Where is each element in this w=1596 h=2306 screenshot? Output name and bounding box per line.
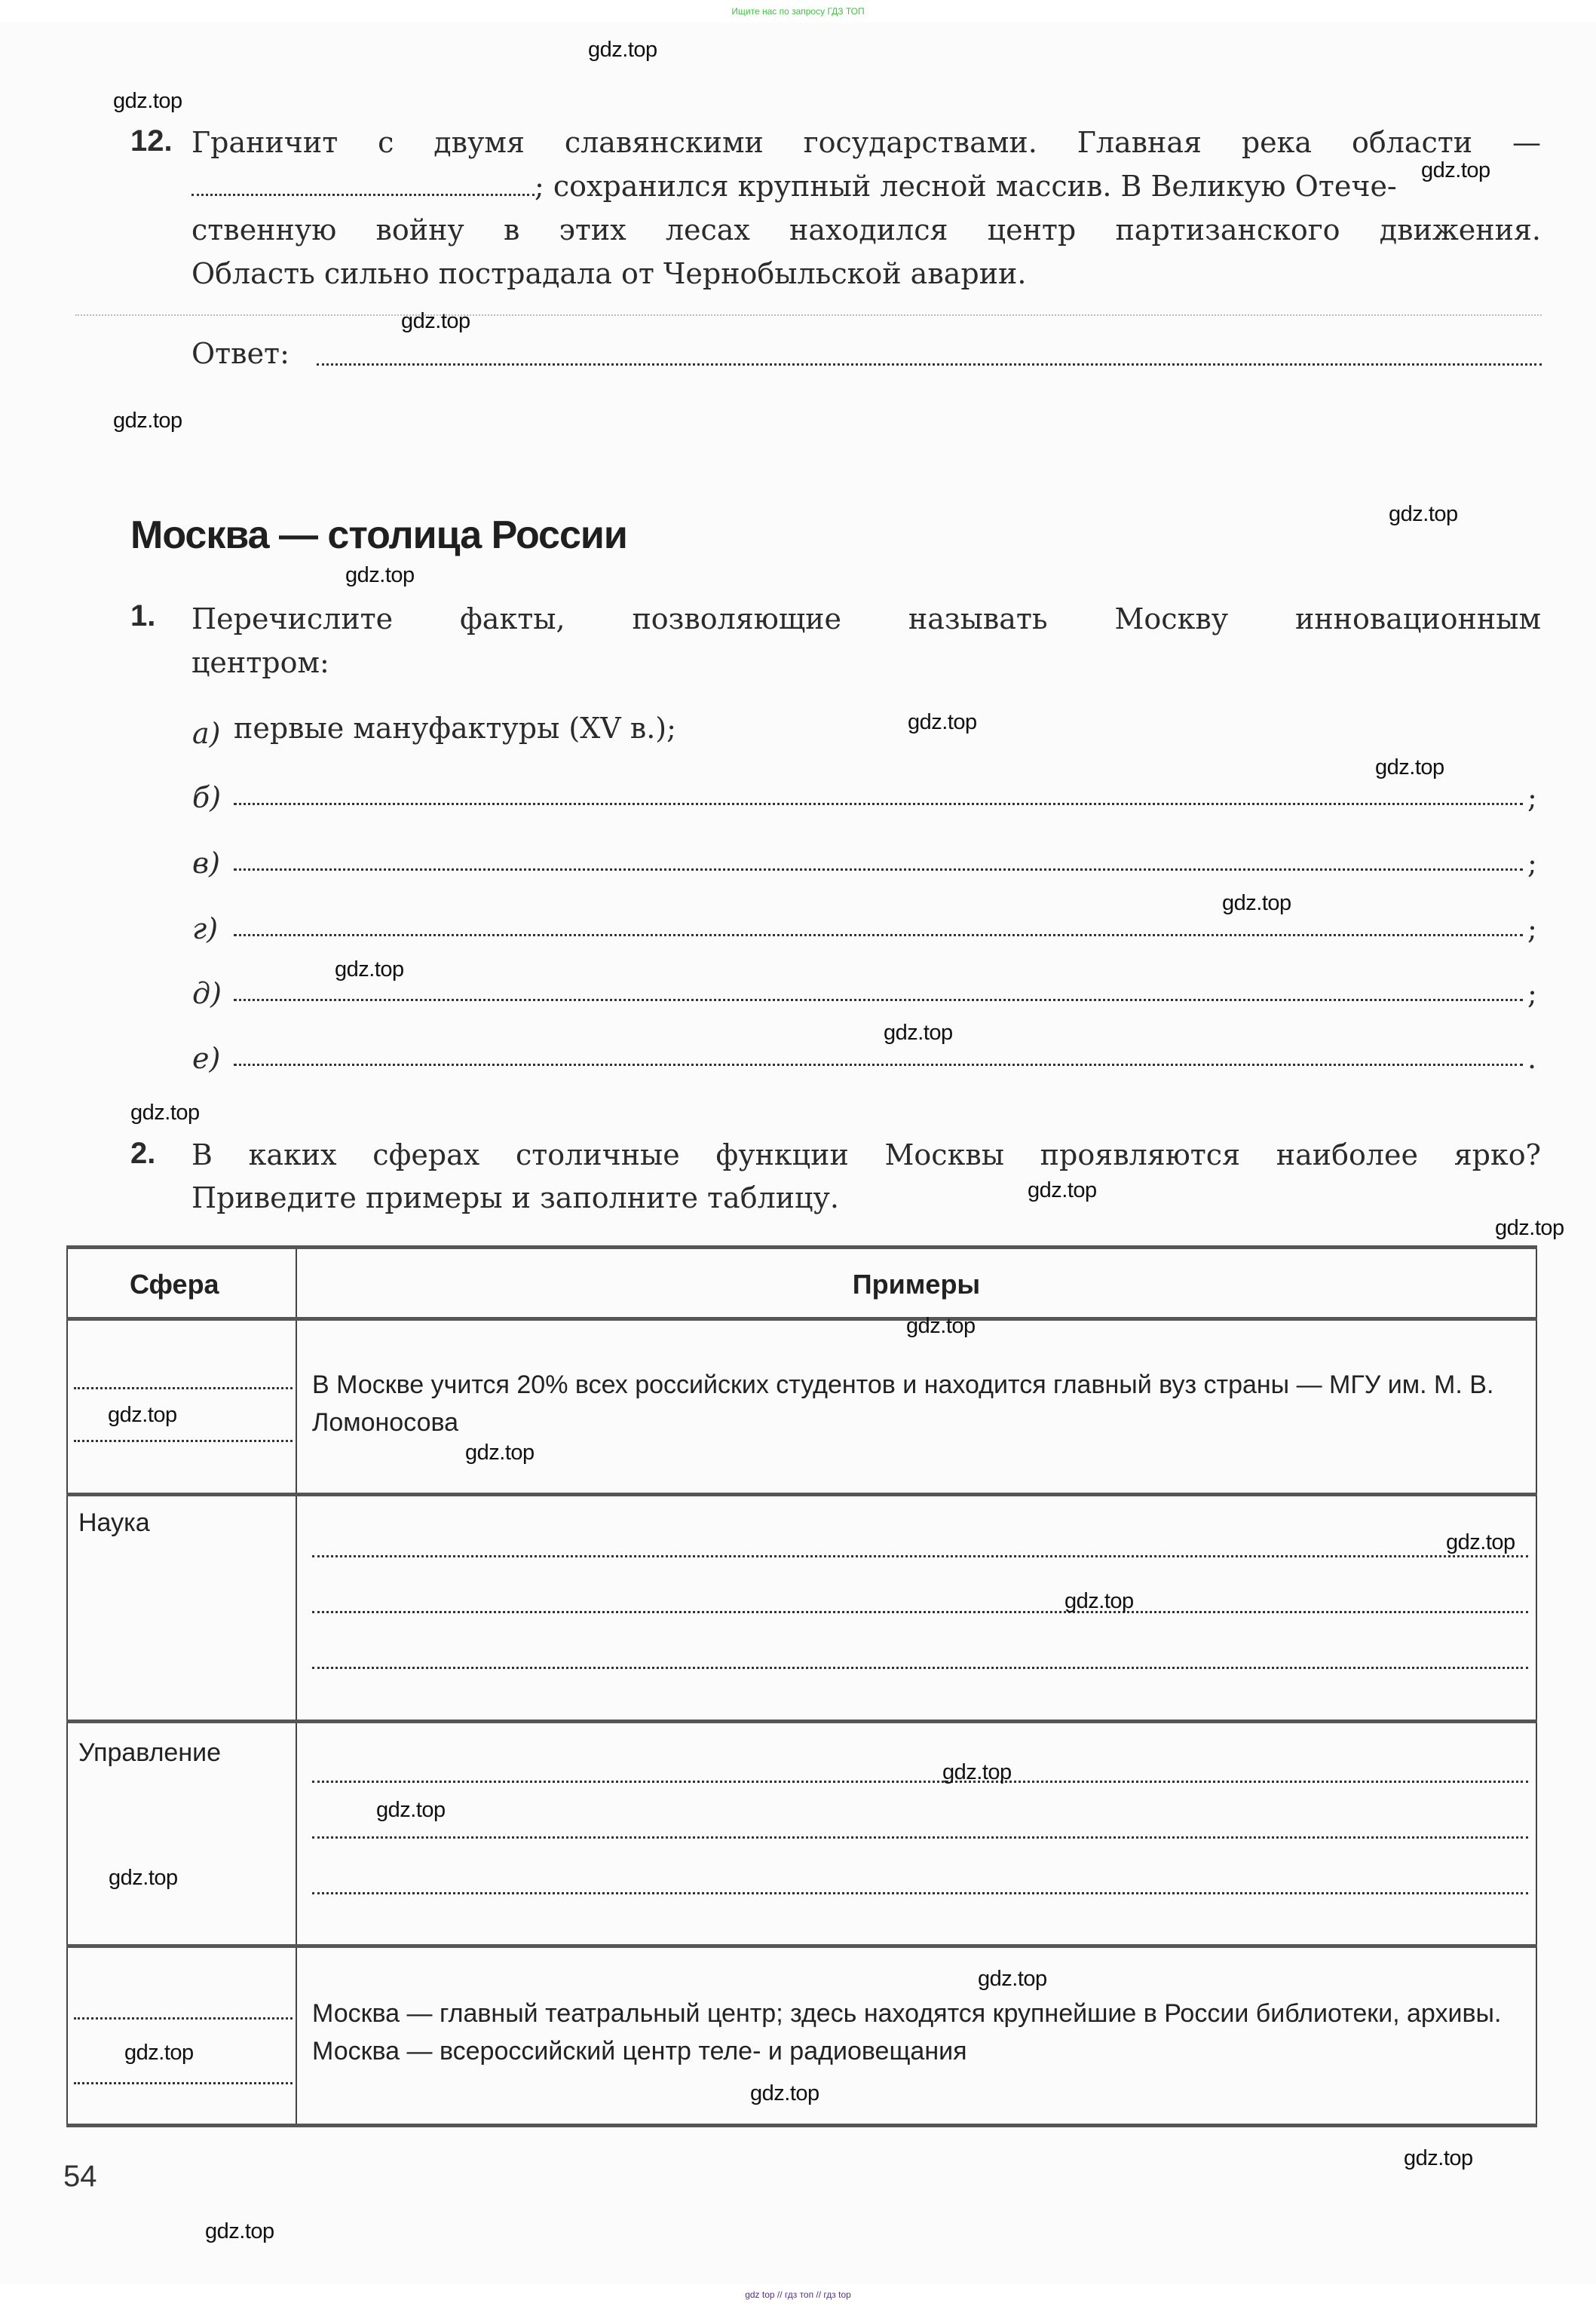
sphere-cell: Управление bbox=[67, 1722, 296, 1946]
watermark: gdz.top bbox=[1389, 502, 1458, 527]
question-12-text-line2: ; сохранился крупный лесной массив. В Ве… bbox=[191, 164, 1541, 208]
sphere-label: Управление bbox=[78, 1732, 285, 1768]
example-answer-blank[interactable] bbox=[312, 1667, 1528, 1669]
sphere-cell[interactable] bbox=[67, 1319, 296, 1495]
fact-letter: а) bbox=[192, 717, 234, 750]
fact-answer-blank[interactable] bbox=[234, 1064, 1523, 1066]
page-number: 54 bbox=[63, 2160, 97, 2194]
fact-end: ; bbox=[1527, 912, 1538, 945]
question-2-number: 2. bbox=[130, 1137, 155, 1171]
fact-letter: б) bbox=[192, 781, 234, 814]
watermark: gdz.top bbox=[109, 1866, 178, 1891]
watermark: gdz.top bbox=[1421, 158, 1490, 183]
footer-links: gdz top // гдз топ // гдз top bbox=[0, 2284, 1596, 2306]
example-text: В Москве учится 20% всех российских студ… bbox=[312, 1321, 1528, 1441]
watermark: gdz.top bbox=[130, 1101, 200, 1125]
fact-letter: д) bbox=[192, 977, 234, 1010]
spheres-table: Сфера Примеры В Москве учится 20% всех р… bbox=[66, 1245, 1537, 2127]
watermark: gdz.top bbox=[978, 1967, 1047, 1992]
watermark: gdz.top bbox=[1375, 755, 1444, 780]
faded-rule bbox=[75, 314, 1542, 316]
watermark: gdz.top bbox=[205, 2219, 274, 2244]
fact-item-g: г) ; bbox=[192, 900, 1538, 945]
table-header-row: Сфера Примеры bbox=[67, 1248, 1536, 1319]
sphere-answer-blank[interactable] bbox=[74, 2017, 293, 2020]
river-answer-blank[interactable] bbox=[191, 194, 535, 196]
sphere-label: Наука bbox=[78, 1505, 285, 1538]
column-header-examples: Примеры bbox=[296, 1248, 1536, 1319]
watermark: gdz.top bbox=[588, 38, 657, 63]
table-row: Наука bbox=[67, 1495, 1536, 1722]
example-text: Москва — главный театральный центр; здес… bbox=[312, 1948, 1528, 2070]
watermark: gdz.top bbox=[401, 309, 470, 334]
sphere-answer-blank[interactable] bbox=[74, 1440, 293, 1442]
fact-letter: в) bbox=[192, 847, 234, 880]
question-1-text-line2: центром: bbox=[191, 641, 329, 684]
example-cell[interactable] bbox=[296, 1495, 1536, 1722]
question-2-text-line1: В каких сферах столичные функции Москвы … bbox=[191, 1133, 1541, 1177]
question-12-text-line3: ственную войну в этих лесах находился це… bbox=[191, 208, 1541, 252]
fact-text: первые мануфактуры (XV в.); bbox=[234, 706, 676, 750]
example-cell: Москва — главный театральный центр; здес… bbox=[296, 1946, 1536, 2126]
fact-item-b: б) ; bbox=[192, 769, 1538, 814]
sphere-cell: Наука bbox=[67, 1495, 296, 1722]
watermark: gdz.top bbox=[376, 1798, 446, 1823]
fact-item-e: е) . bbox=[192, 1030, 1538, 1075]
fact-letter: г) bbox=[192, 912, 234, 945]
watermark: gdz.top bbox=[1222, 891, 1291, 916]
watermark: gdz.top bbox=[1446, 1530, 1515, 1555]
example-answer-blank[interactable] bbox=[312, 1836, 1528, 1839]
watermark: gdz.top bbox=[345, 563, 415, 588]
fact-answer-blank[interactable] bbox=[234, 999, 1523, 1001]
fact-end: ; bbox=[1527, 781, 1538, 814]
fact-end: . bbox=[1527, 1042, 1538, 1075]
question-2-text-line2: Приведите примеры и заполните таблицу. bbox=[191, 1176, 839, 1220]
example-answer-blank[interactable] bbox=[312, 1781, 1528, 1783]
watermark: gdz.top bbox=[942, 1760, 1012, 1785]
watermark: gdz.top bbox=[113, 409, 182, 433]
top-banner: Ищите нас по запросу ГДЗ ТОП bbox=[0, 0, 1596, 23]
sphere-cell[interactable] bbox=[67, 1946, 296, 2126]
example-answer-blank[interactable] bbox=[312, 1611, 1528, 1613]
table-row: Управление bbox=[67, 1722, 1536, 1946]
fact-item-v: в) ; bbox=[192, 835, 1538, 880]
question-12-text-line4: Область сильно пострадала от Чернобыльск… bbox=[191, 252, 1026, 296]
watermark: gdz.top bbox=[108, 1403, 177, 1428]
watermark: gdz.top bbox=[465, 1441, 535, 1465]
watermark: gdz.top bbox=[1404, 2146, 1473, 2171]
fact-answer-blank[interactable] bbox=[234, 934, 1523, 936]
watermark: gdz.top bbox=[908, 710, 977, 735]
watermark: gdz.top bbox=[1028, 1178, 1097, 1203]
question-12-text-line1: Граничит с двумя славянскими государства… bbox=[191, 121, 1541, 164]
question-1-number: 1. bbox=[130, 599, 155, 633]
question-12-line2-text: ; сохранился крупный лесной массив. В Ве… bbox=[535, 170, 1397, 203]
column-header-sphere: Сфера bbox=[67, 1248, 296, 1319]
fact-end: ; bbox=[1527, 977, 1538, 1010]
watermark: gdz.top bbox=[1495, 1216, 1564, 1241]
watermark: gdz.top bbox=[884, 1021, 953, 1046]
example-answer-blank[interactable] bbox=[312, 1892, 1528, 1894]
watermark: gdz.top bbox=[113, 89, 182, 114]
example-cell[interactable] bbox=[296, 1722, 1536, 1946]
example-cell: В Москве учится 20% всех российских студ… bbox=[296, 1319, 1536, 1495]
question-12-number: 12. bbox=[130, 124, 173, 158]
fact-answer-blank[interactable] bbox=[234, 803, 1523, 805]
watermark: gdz.top bbox=[1065, 1589, 1134, 1614]
watermark: gdz.top bbox=[124, 2041, 194, 2066]
fact-answer-blank[interactable] bbox=[234, 868, 1523, 871]
answer-blank[interactable] bbox=[317, 363, 1542, 366]
example-answer-blank[interactable] bbox=[312, 1555, 1528, 1557]
watermark: gdz.top bbox=[335, 957, 404, 982]
section-title: Москва — столица России bbox=[130, 513, 627, 558]
sphere-answer-blank[interactable] bbox=[74, 2082, 293, 2084]
table-row: В Москве учится 20% всех российских студ… bbox=[67, 1319, 1536, 1495]
fact-letter: е) bbox=[192, 1042, 234, 1075]
question-1-text-line1: Перечислите факты, позволяющие называть … bbox=[191, 597, 1541, 641]
answer-label: Ответ: bbox=[191, 332, 289, 375]
fact-end: ; bbox=[1527, 847, 1538, 880]
fact-item-a: а) первые мануфактуры (XV в.); bbox=[192, 705, 1538, 750]
watermark: gdz.top bbox=[750, 2081, 819, 2106]
watermark: gdz.top bbox=[906, 1314, 976, 1339]
sphere-answer-blank[interactable] bbox=[74, 1387, 293, 1389]
